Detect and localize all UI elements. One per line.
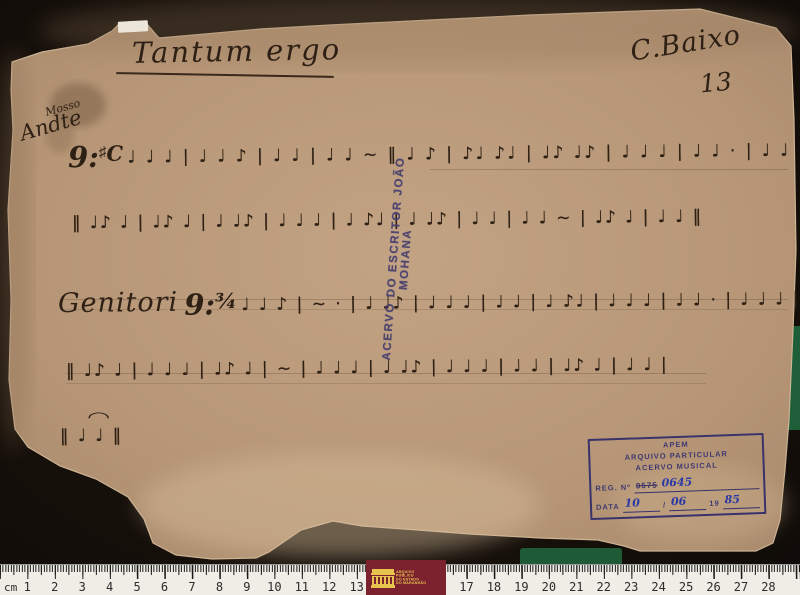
fermata-sign: ◠: [87, 408, 111, 426]
ruler-label: 27: [734, 580, 748, 594]
archive-registration-stamp: APEM ARQUIVO PARTICULAR ACERVO MUSICAL R…: [588, 433, 767, 520]
ruler-label: 9: [243, 580, 250, 594]
ruler-label: 23: [624, 580, 638, 594]
ruler-label: 6: [161, 580, 168, 594]
ruler-label: 17: [459, 580, 473, 594]
ruler-label: 11: [295, 580, 309, 594]
ruler-label: 10: [267, 580, 281, 594]
part-label: C.Baixo: [628, 19, 743, 67]
section-label-genitori: Genitori: [58, 287, 179, 319]
ruler-label: 19: [514, 580, 528, 594]
archive-logo-text: ARQUIVO PÚBLICO DO ESTADO DO MARANHÃO: [396, 570, 426, 585]
time-signature-34: ¾: [215, 288, 237, 313]
music-system-4: ‖ ♩♪ ♩ | ♩ ♩ ♩ | ♩♪ ♩ | ~ | ♩ ♩ ♩ | ♩ ♩♪…: [66, 355, 669, 381]
notes-line-2: ‖ ♩♪ ♩ | ♩♪ ♩ | ♩ ♩♪ | ♩ ♩ ♩ | ♩ ♪♩ | ♩ …: [72, 207, 703, 234]
music-system-3: Genitori9:¾ ♩ ♩ ♪ | ~ · | ♩ ♩♪ | ♩ ♩ ♩ |…: [58, 280, 800, 323]
ruler-label: 25: [679, 580, 693, 594]
archive-logo-patch: ARQUIVO PÚBLICO DO ESTADO DO MARANHÃO: [366, 560, 446, 595]
data-label: DATA: [596, 502, 620, 514]
bass-clef-2: 9:: [184, 287, 215, 321]
ruler-label: 24: [651, 580, 665, 594]
ruler-label: 20: [542, 580, 556, 594]
ruler-label: 22: [597, 580, 611, 594]
ruler-label: 2: [51, 580, 58, 594]
ruler-unit-label: cm: [4, 581, 17, 594]
notes-line-5: ‖ ♩ ♩ ‖: [60, 426, 123, 447]
ruler-label: 7: [188, 580, 195, 594]
ruler-label: 3: [79, 580, 86, 594]
reg-number-handwritten: 0645: [661, 474, 692, 491]
ruler-label: 21: [569, 580, 583, 594]
title-underline: [116, 72, 334, 78]
reg-number-crossed: 0575: [636, 480, 658, 492]
logo-text-line: DO MARANHÃO: [396, 582, 426, 586]
tempo-marking: Mosso Andte: [16, 99, 86, 142]
scanned-manuscript-photo: Tantum ergo C.Baixo 13 Mosso Andte 9:♯C …: [0, 0, 800, 595]
notes-line-1: ♩ ♩ ♩ | ♩ ♩ ♪ | ♩ ♩ | ♩ ♩ ~ ‖ ♩ ♪ | ♪♩ ♪…: [127, 140, 800, 168]
data-year-handwritten: 85: [724, 491, 740, 507]
building-icon: [370, 566, 396, 590]
music-system-5: ‖ ♩ ♩ ‖: [60, 426, 123, 447]
ruler-label: 28: [761, 580, 775, 594]
time-signature-common: C: [106, 141, 123, 166]
notes-line-4: ‖ ♩♪ ♩ | ♩ ♩ ♩ | ♩♪ ♩ | ~ | ♩ ♩ ♩ | ♩ ♩♪…: [66, 355, 669, 381]
data-day-handwritten: 10: [624, 495, 640, 511]
ruler-label: 1: [24, 580, 31, 594]
ruler-label: 4: [106, 580, 113, 594]
ruler-label: 26: [706, 580, 720, 594]
music-system-2: ‖ ♩♪ ♩ | ♩♪ ♩ | ♩ ♩♪ | ♩ ♩ ♩ | ♩ ♪♩ | ♩ …: [72, 207, 703, 234]
reg-label: REG. Nº: [595, 482, 631, 494]
ruler-label: 18: [487, 580, 501, 594]
tempo-word-1: Andte: [18, 108, 86, 142]
ruler-label: 8: [216, 580, 223, 594]
piece-title: Tantum ergo: [132, 32, 342, 70]
part-number: 13: [699, 67, 733, 99]
cm-ruler: cm 1234567891011121316171819202122232425…: [0, 564, 800, 595]
ruler-label: 13: [349, 580, 363, 594]
ruler-label: 5: [133, 580, 140, 594]
bass-clef: 9:: [68, 140, 99, 174]
notes-line-3: ♩ ♩ ♪ | ~ · | ♩ ♩♪ | ♩ ♩ ♩ | ♩ ♩ | ♩ ♪♩ …: [241, 289, 800, 315]
data-year-printed: 19: [709, 498, 720, 509]
music-system-1: 9:♯C ♩ ♩ ♩ | ♩ ♩ ♪ | ♩ ♩ | ♩ ♩ ~ ‖ ♩ ♪ |…: [68, 132, 800, 174]
ruler-label: 12: [322, 580, 336, 594]
stamp-data-row: DATA 10 / 06 19 85: [596, 491, 760, 514]
data-month-handwritten: 06: [671, 493, 687, 509]
data-separator: /: [663, 500, 666, 511]
